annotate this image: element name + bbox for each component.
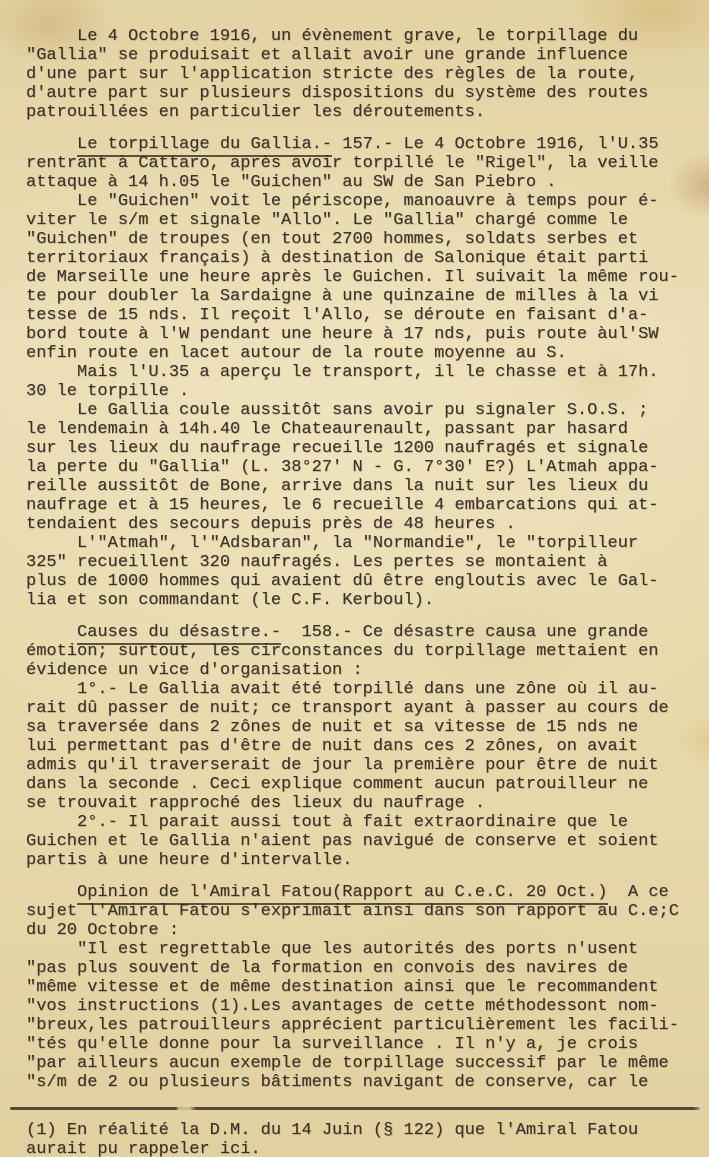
heading-indent xyxy=(26,135,77,154)
text-line: Le 4 Octobre 1916, un évènement grave, l… xyxy=(26,27,701,46)
text-line: partis à une heure d'intervalle. xyxy=(26,851,701,870)
heading-tail-text: A ce xyxy=(608,883,669,902)
text-line: aurait pu rappeler ici. xyxy=(26,1140,701,1157)
text-line: tesse de 15 nds. Il reçoit l'Allo, se dé… xyxy=(26,306,701,325)
text-line: 1°.- Le Gallia avait été torpillé dans u… xyxy=(26,680,701,699)
footnote-separator-rule xyxy=(10,1107,700,1110)
text-line: territoriaux français) à destination de … xyxy=(26,249,701,268)
text-line: d'une part sur l'application stricte des… xyxy=(26,65,701,84)
text-line: patrouillées en particulier les déroutem… xyxy=(26,103,701,122)
text-line: "Il est regrettable que les autorités de… xyxy=(26,940,701,959)
text-line: "même vitesse et de même destination ain… xyxy=(26,978,701,997)
text-line: Le "Guichen" voit le périscope, manoauvr… xyxy=(26,192,701,211)
text-line: se trouvait rapproché des lieux du naufr… xyxy=(26,794,701,813)
text-line: viter le s/m et signale "Allo". Le "Gall… xyxy=(26,211,701,230)
text-line: rentrant à Cattaro, après avoir torpillé… xyxy=(26,154,701,173)
text-line: "par ailleurs aucun exemple de torpillag… xyxy=(26,1054,701,1073)
text-line: naufrage et à 15 heures, le 6 recueille … xyxy=(26,496,701,515)
text-line: enfin route en lacet autour de la route … xyxy=(26,344,701,363)
text-line: reille aussitôt de Bone, arrive dans la … xyxy=(26,477,701,496)
text-line: "breux,les patrouilleurs apprécient part… xyxy=(26,1016,701,1035)
text-line: lui permettant pas d'être de nuit dans c… xyxy=(26,737,701,756)
heading-tail-text: 157.- Le 4 Octobre 1916, l'U.35 xyxy=(332,135,658,154)
text-line: "vos instructions (1).Les avantages de c… xyxy=(26,997,701,1016)
text-line: plus de 1000 hommes qui avaient dû être … xyxy=(26,572,701,591)
text-line: le lendemain à 14h.40 le Chateaurenault,… xyxy=(26,420,701,439)
section-heading-line: Causes du désastre.- 158.- Ce désastre c… xyxy=(26,623,701,642)
text-line: évidence un vice d'organisation : xyxy=(26,661,701,680)
text-line: "Guichen" de troupes (en tout 2700 homme… xyxy=(26,230,701,249)
text-line: la perte du "Gallia" (L. 38°27' N - G. 7… xyxy=(26,458,701,477)
text-line: sur les lieux du naufrage recueille 1200… xyxy=(26,439,701,458)
text-line: sujet l'Amiral Fatou s'exprimait ainsi d… xyxy=(26,902,701,921)
text-line: "s/m de 2 ou plusieurs bâtiments navigan… xyxy=(26,1073,701,1092)
text-line: 30 le torpille . xyxy=(26,382,701,401)
text-line: de Marseille une heure après le Guichen.… xyxy=(26,268,701,287)
text-line: lia et son commandant (le C.F. Kerboul). xyxy=(26,591,701,610)
blank-line xyxy=(26,122,701,135)
document-body: Le 4 Octobre 1916, un évènement grave, l… xyxy=(26,27,701,1157)
text-line: bord toute à l'W pendant une heure à 17 … xyxy=(26,325,701,344)
section-heading-line: Le torpillage du Gallia.- 157.- Le 4 Oct… xyxy=(26,135,701,154)
blank-line xyxy=(26,870,701,883)
text-line: admis qu'il traverserait de jour la prem… xyxy=(26,756,701,775)
text-line: 325" recueillent 320 naufragés. Les pert… xyxy=(26,553,701,572)
text-line: dans la seconde . Ceci explique comment … xyxy=(26,775,701,794)
text-line: tendaient des secours depuis près de 48 … xyxy=(26,515,701,534)
blank-line xyxy=(26,610,701,623)
section-heading-line: Opinion de l'Amiral Fatou(Rapport au C.e… xyxy=(26,883,701,902)
text-line: "pas plus souvent de la formation en con… xyxy=(26,959,701,978)
text-line: Le Gallia coule aussitôt sans avoir pu s… xyxy=(26,401,701,420)
text-line: rait dû passer de nuit; ce transport aya… xyxy=(26,699,701,718)
heading-indent xyxy=(26,623,77,642)
text-line: émotion; surtout, les circonstances du t… xyxy=(26,642,701,661)
text-line: "Gallia" se produisait et allait avoir u… xyxy=(26,46,701,65)
text-line: L'"Atmah", l'"Adsbaran", la "Normandie",… xyxy=(26,534,701,553)
text-line: Guichen et le Gallia n'aient pas navigué… xyxy=(26,832,701,851)
document-page: Le 4 Octobre 1916, un évènement grave, l… xyxy=(0,0,709,1157)
text-line: sa traversée dans 2 zônes de nuit et sa … xyxy=(26,718,701,737)
text-line: "tés qu'elle donne pour la surveillance … xyxy=(26,1035,701,1054)
text-line: (1) En réalité la D.M. du 14 Juin (§ 122… xyxy=(26,1121,701,1140)
heading-indent xyxy=(26,883,77,902)
text-line: attaque à 14 h.05 le "Guichen" au SW de … xyxy=(26,173,701,192)
text-line: d'autre part sur plusieurs dispositions … xyxy=(26,84,701,103)
text-line: Mais l'U.35 a aperçu le transport, il le… xyxy=(26,363,701,382)
text-line: 2°.- Il parait aussi tout à fait extraor… xyxy=(26,813,701,832)
heading-tail-text: 158.- Ce désastre causa une grande xyxy=(281,623,648,642)
text-line: du 20 Octobre : xyxy=(26,921,701,940)
text-line: te pour doubler la Sardaigne à une quinz… xyxy=(26,287,701,306)
